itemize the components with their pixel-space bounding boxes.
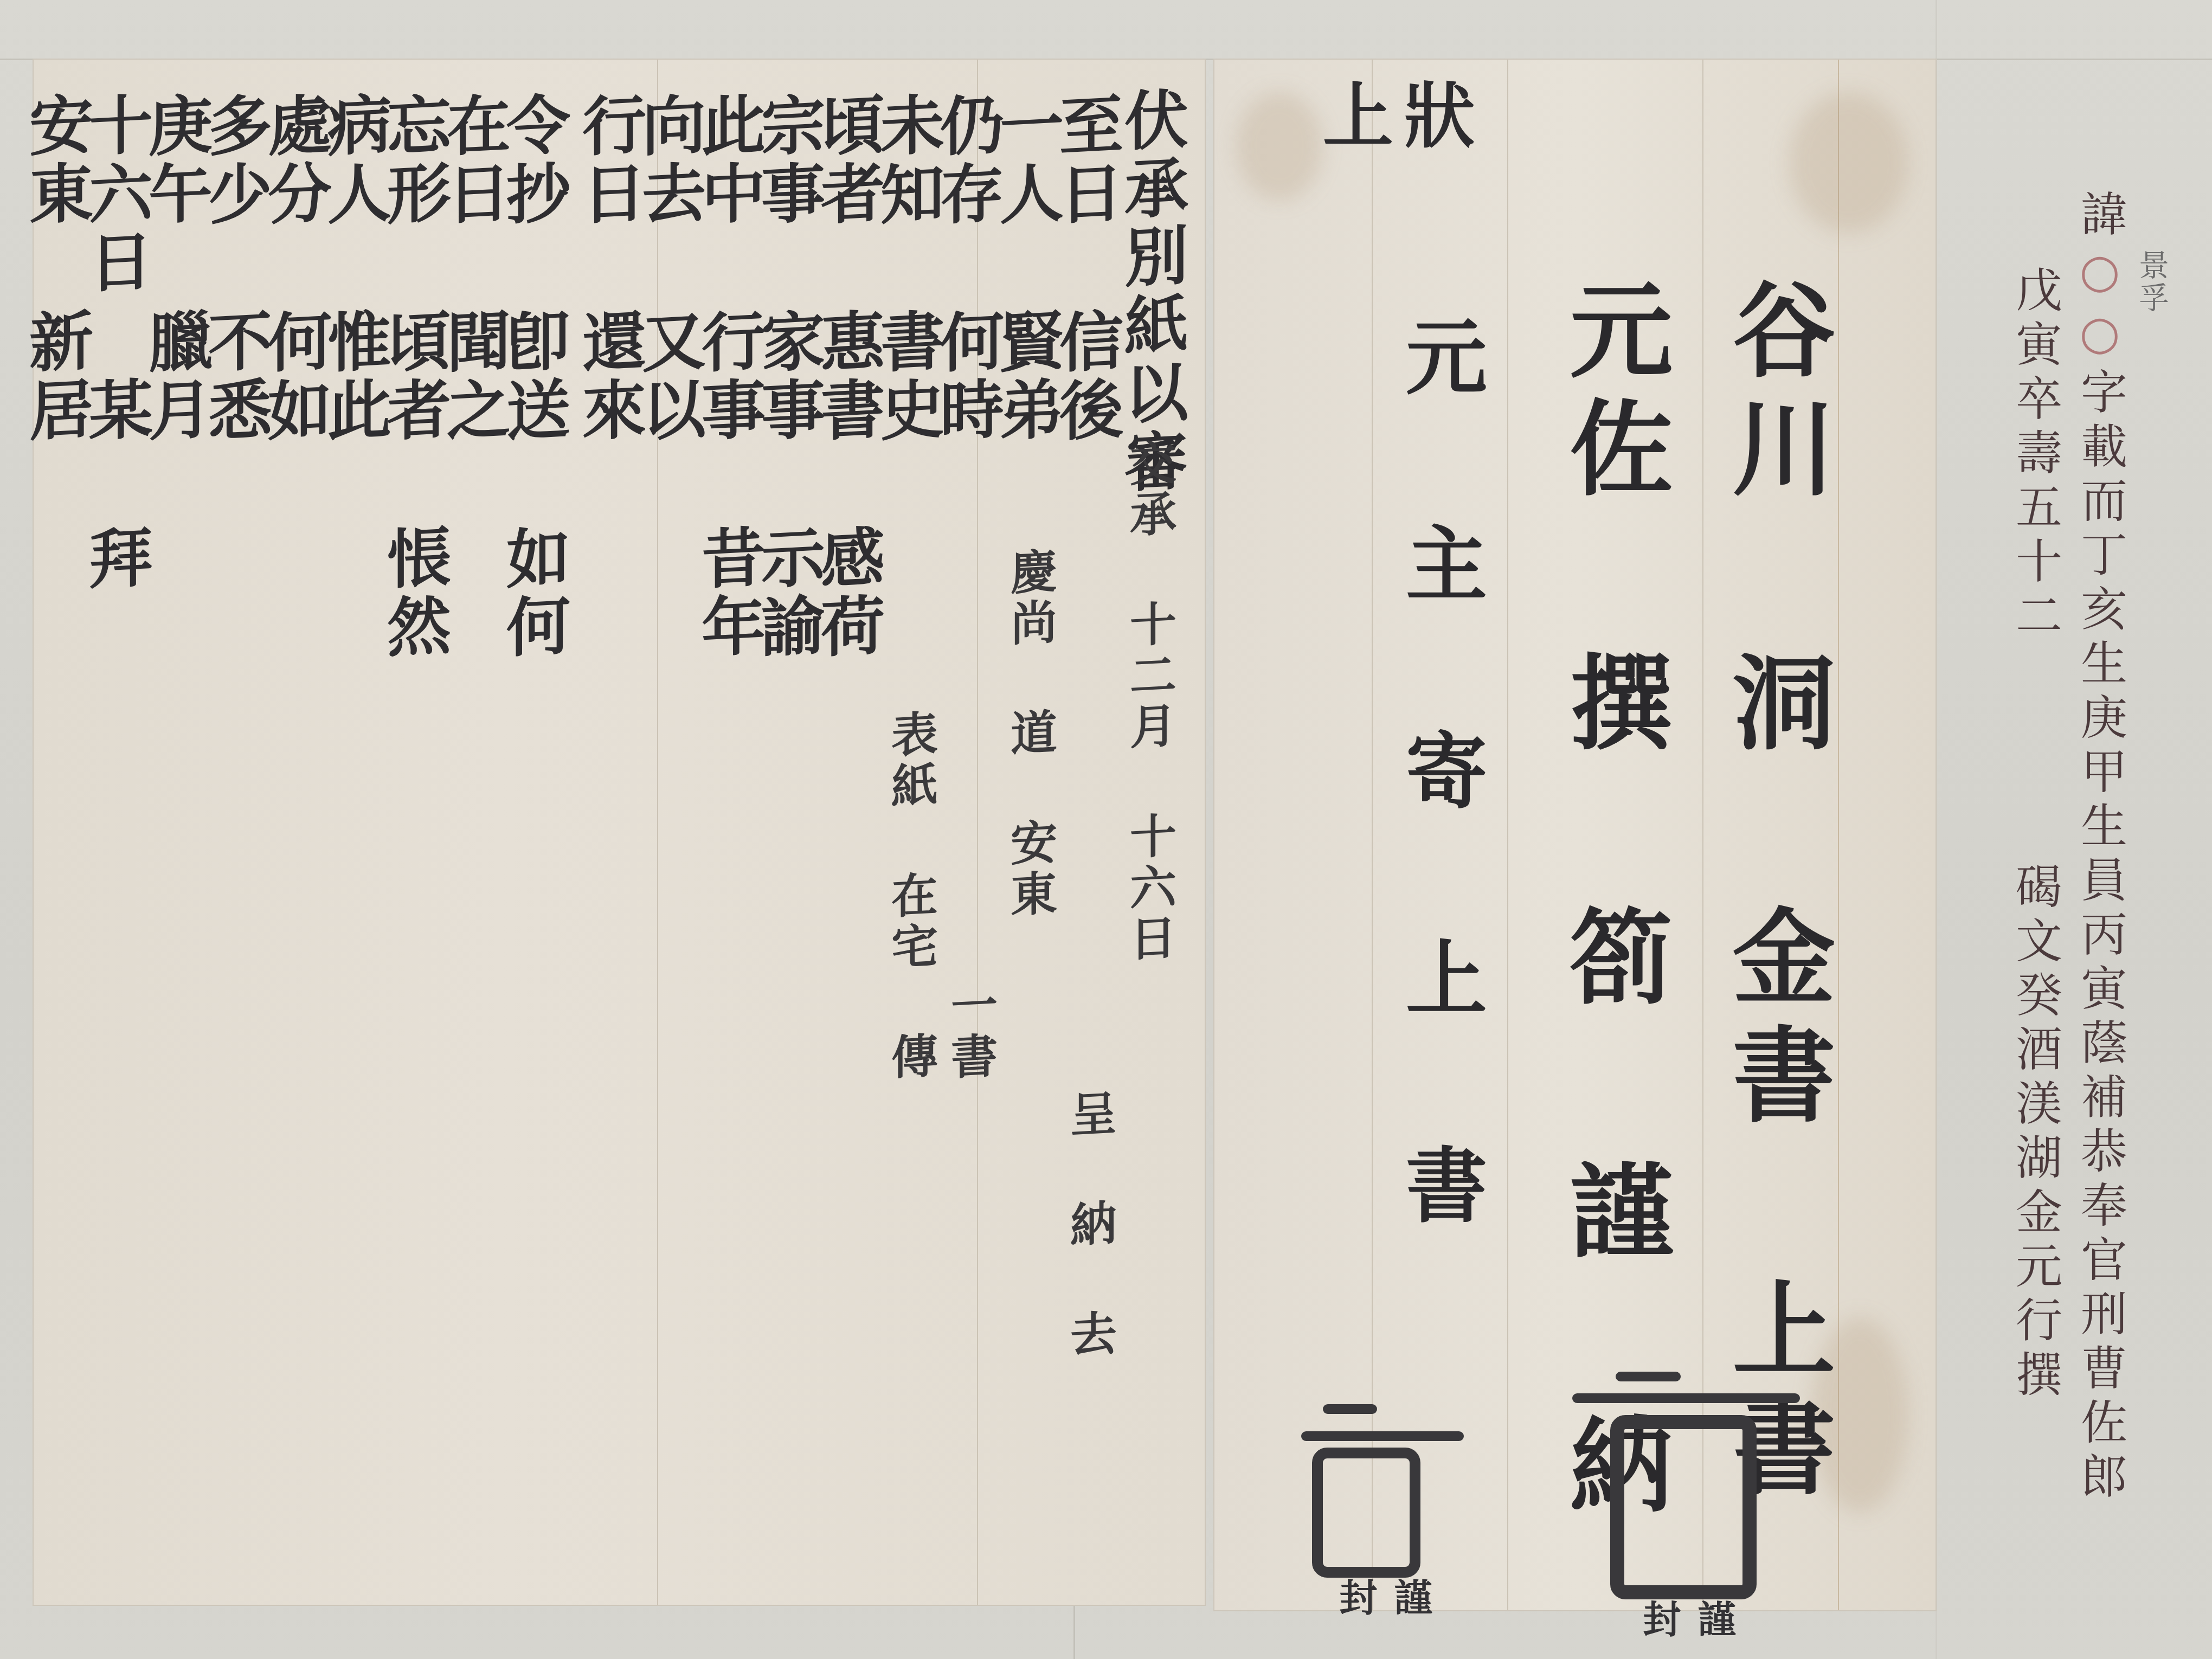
postscript-column: 交承 十二月 十六日 bbox=[1126, 438, 1172, 967]
envelope-column: 谷川 洞 金書 上書 bbox=[1724, 276, 1827, 1512]
mount-seam bbox=[1073, 1605, 1075, 1659]
fold-line bbox=[1372, 60, 1373, 1610]
postscript-column: 表紙 在宅 傳 bbox=[887, 709, 934, 1085]
envelope-header: 上狀 bbox=[1323, 60, 1486, 161]
annotation-line-2: 戊寅卒壽五十二 bbox=[2011, 266, 2058, 645]
postscript-column: 一書 bbox=[947, 980, 993, 1085]
annotation-line-1: 諱○○字載而丁亥生庚甲生員丙寅蔭補恭奉官刑曹佐郎 bbox=[2076, 190, 2123, 1506]
annotation-body: 字載而丁亥生庚甲生員丙寅蔭補恭奉官刑曹佐郎 bbox=[2073, 368, 2127, 1506]
mount-seam bbox=[1935, 0, 1937, 1659]
envelope-sheet: 上狀 谷川 洞 金書 上書 元佐 撰 箚 謹 納 元 主 寄 上 書 謹封 謹封 bbox=[1214, 60, 1935, 1610]
letter-column: 安東 新居 bbox=[24, 91, 88, 447]
envelope-column: 元佐 撰 箚 謹 納 bbox=[1561, 276, 1664, 1530]
water-stain bbox=[1236, 92, 1323, 201]
postscript-column: 呈 納 去 bbox=[1066, 1089, 1113, 1362]
annotation-line-3: 碣文癸酒渼湖金元行撰 bbox=[2011, 862, 2058, 1404]
annotation-circles: ○○ bbox=[2073, 244, 2127, 368]
letter-column: 伏承別紙以審 bbox=[1119, 85, 1183, 498]
envelope-column: 元 主 寄 上 書 bbox=[1399, 314, 1480, 1239]
annotation-head: 諱 bbox=[2073, 190, 2127, 244]
annotation-inline-note: 景孚 bbox=[2136, 249, 2166, 314]
postscript-column: 慶尚 道 安東 bbox=[1006, 546, 1053, 922]
letter-sheet: 伏承別紙以審 至日 信後 一人 賢弟 仍存 何時 未知 書史 頃者 惠書 感荷 … bbox=[34, 60, 1205, 1605]
water-stain bbox=[1789, 92, 1908, 233]
letter-column: 行日 還來 bbox=[577, 91, 641, 447]
fold-line bbox=[1507, 60, 1508, 1610]
fold-line bbox=[1702, 60, 1703, 1610]
